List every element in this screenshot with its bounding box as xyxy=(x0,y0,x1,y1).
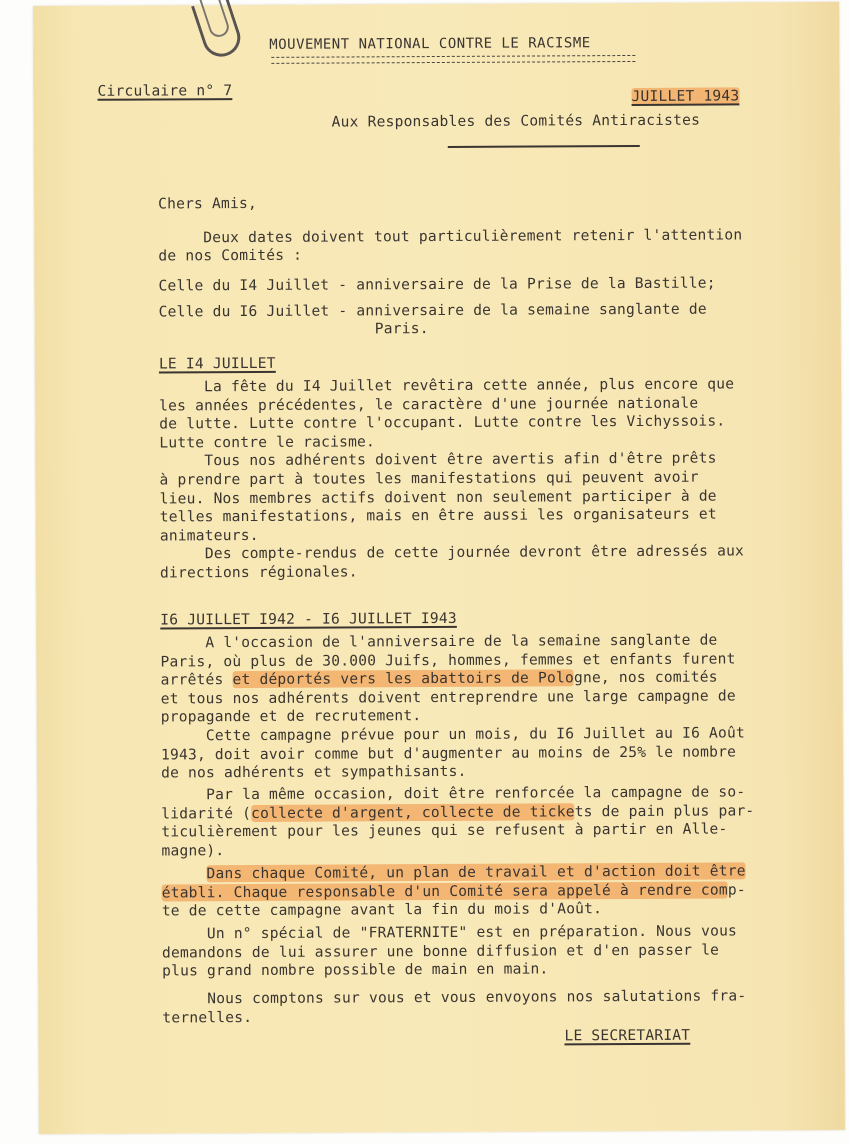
text-line: lieu. Nos membres actifs doivent non seu… xyxy=(160,487,717,507)
paragraph-campaign: Cette campagne prévue pour un mois, du I… xyxy=(161,724,745,783)
salutation: Chers Amis, xyxy=(158,194,257,215)
text-line: à prendre part à toutes les manifestatio… xyxy=(159,469,698,489)
intro-paragraph: Deux dates doivent tout particulièrement… xyxy=(158,226,742,265)
intro-line: de nos Comités : xyxy=(158,247,302,265)
organization-title: MOUVEMENT NATIONAL CONTRE LE RACISME xyxy=(269,33,591,55)
text-line: Cette campagne prévue pour un mois, du I… xyxy=(161,724,745,744)
date-label: JUILLET 1943 xyxy=(631,86,739,107)
section-14-juillet-body: La fête du I4 Juillet revêtira cette ann… xyxy=(159,375,744,583)
recipients-rule xyxy=(448,145,640,148)
text-line: demandons de lui assurer une bonne diffu… xyxy=(162,941,719,961)
date-item-2: Celle du I6 Juillet - anniversaire de la… xyxy=(159,300,707,323)
signature: LE SECRETARIAT xyxy=(564,1026,690,1047)
text-line: Des compte-rendus de cette journée devro… xyxy=(160,543,744,563)
paragraph-action-plan: Dans chaque Comité, un plan de travail e… xyxy=(162,862,746,921)
text-line: les années précédentes, le caractère d'u… xyxy=(159,394,698,414)
text-line: ticulièrement pour les jeunes qui se ref… xyxy=(161,821,727,841)
text-line: propagande et de recrutement. xyxy=(161,707,422,725)
text-line: établi. Chaque responsable d'un Comité s… xyxy=(162,881,746,901)
text-line: et tous nos adhérents doivent entreprend… xyxy=(161,687,736,707)
text-line: telles manifestations, mais en être auss… xyxy=(160,506,717,526)
highlighted-text: collecte d'argent, collecte de ticke xyxy=(251,803,575,822)
circular-number: Circulaire n° 7 xyxy=(97,81,232,102)
text-line: te de cette campagne avant la fin du moi… xyxy=(162,900,602,919)
paperclip-icon xyxy=(191,0,245,62)
section-heading-14-juillet: LE I4 JUILLET xyxy=(159,354,276,375)
text-line: Lutte contre le racisme. xyxy=(159,433,375,451)
date-item-2-cont: Paris. xyxy=(375,319,429,339)
highlighted-text: et déportés vers les abattoirs de Polo xyxy=(232,669,574,688)
document-page: MOUVEMENT NATIONAL CONTRE LE RACISME Cir… xyxy=(33,2,845,1134)
paragraph-fraternite: Un n° spécial de "FRATERNITE" est en pré… xyxy=(162,922,737,981)
date-highlight: JUILLET 1943 xyxy=(631,87,739,105)
date-item-1: Celle du I4 Juillet - anniversaire de la… xyxy=(158,274,715,297)
text-line: plus grand nombre possible de main en ma… xyxy=(162,961,548,980)
text-line: A l'occasion de l'anniversaire de la sem… xyxy=(160,632,717,652)
text-line: magne). xyxy=(161,842,224,859)
recipients-line: Aux Responsables des Comités Antiraciste… xyxy=(332,111,701,133)
section-heading-16-juillet: I6 JUILLET I942 - I6 JUILLET I943 xyxy=(160,609,457,631)
text-line: ternelles. xyxy=(162,1009,252,1026)
paragraph-closing: Nous comptons sur vous et vous envoyons … xyxy=(162,987,746,1027)
text-line: lidarité (collecte d'argent, collecte de… xyxy=(161,802,754,822)
highlighted-text: Dans chaque Comité, un plan de travail e… xyxy=(206,862,745,882)
text-line: Paris, où plus de 30.000 Juifs, hommes, … xyxy=(160,650,735,670)
text-line: directions régionales. xyxy=(160,563,358,581)
text-line: animateurs. xyxy=(160,527,259,545)
intro-line: Deux dates doivent tout particulièrement… xyxy=(158,226,742,246)
text-line: de lutte. Lutte contre l'occupant. Lutte… xyxy=(159,413,725,433)
text-line: Dans chaque Comité, un plan de travail e… xyxy=(162,862,746,882)
text-line: Un n° spécial de "FRATERNITE" est en pré… xyxy=(162,922,737,942)
text-line: Nous comptons sur vous et vous envoyons … xyxy=(162,987,746,1007)
text-line: arrêtés et déportés vers les abattoirs d… xyxy=(161,669,718,689)
highlighted-text: établi. Chaque responsable d'un Comité s… xyxy=(162,881,728,901)
title-double-rule xyxy=(271,55,635,64)
paragraph-anniversary: A l'occasion de l'anniversaire de la sem… xyxy=(160,631,736,727)
text-line: de nos adhérents et sympathisants. xyxy=(161,763,467,782)
paragraph-solidarity: Par la même occasion, doit être renforcé… xyxy=(161,783,755,860)
text-line: Par la même occasion, doit être renforcé… xyxy=(161,783,745,803)
text-line: La fête du I4 Juillet revêtira cette ann… xyxy=(159,375,734,395)
text-line: 1943, doit avoir comme but d'augmenter a… xyxy=(161,743,736,763)
text-line: Tous nos adhérents doivent être avertis … xyxy=(159,450,716,470)
